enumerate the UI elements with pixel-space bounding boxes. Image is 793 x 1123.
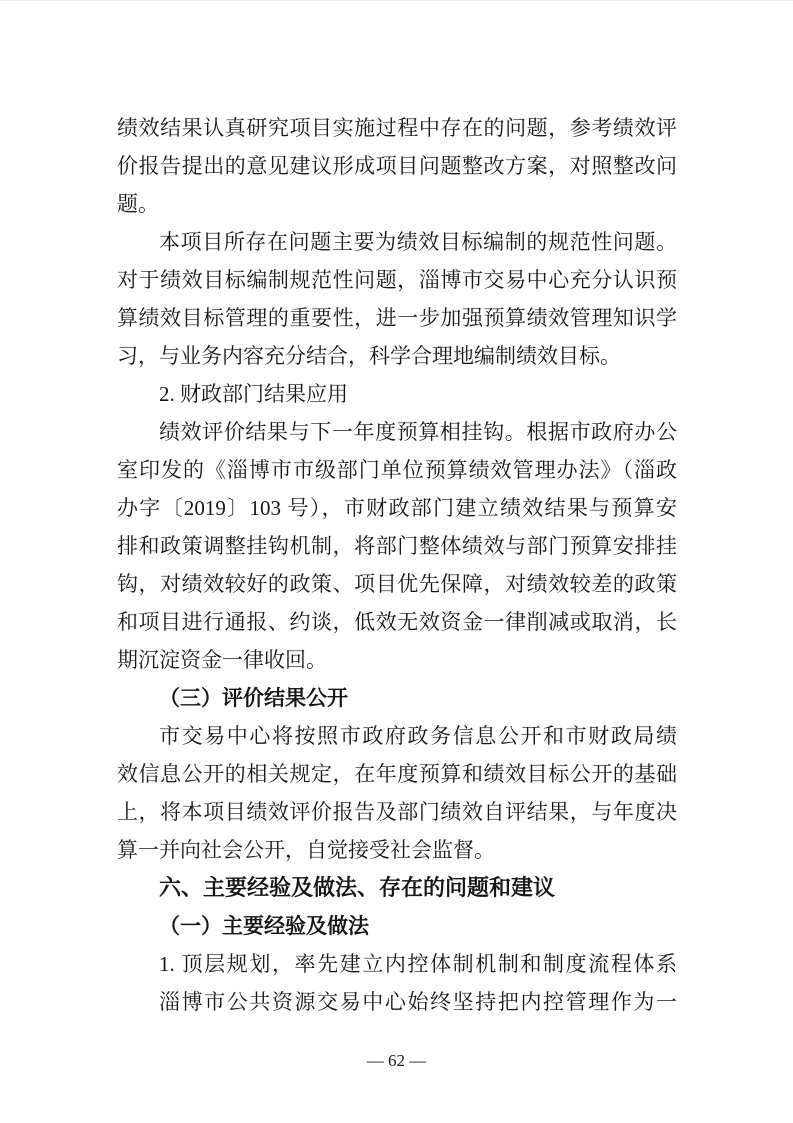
paragraph-target-normativity: 本项目所存在问题主要为绩效目标编制的规范性问题。 对于绩效目标编制规范性问题，淄… bbox=[117, 223, 677, 375]
chapter-heading: 六、主要经验及做法、存在的问题和建议 bbox=[117, 869, 677, 907]
paragraph-finance-result-application: 绩效评价结果与下一年度预算相挂钩。根据市政府办公 室印发的《淄博市市级部门单位预… bbox=[117, 413, 677, 679]
heading-6-experience-problems-suggestions: 六、主要经验及做法、存在的问题和建议 bbox=[117, 869, 677, 907]
section-heading: （一）主要经验及做法 bbox=[117, 907, 677, 945]
numbered-heading: 2. 财政部门结果应用 bbox=[117, 375, 677, 413]
text-line: 绩效评价结果与下一年度预算相挂钩。根据市政府办公 bbox=[117, 413, 677, 451]
heading-6-1-main-experience: （一）主要经验及做法 bbox=[117, 907, 677, 945]
text-line: 本项目所存在问题主要为绩效目标编制的规范性问题。 bbox=[117, 223, 677, 261]
numbered-heading: 1. 顶层规划，率先建立内控体制机制和制度流程体系 bbox=[117, 945, 677, 983]
text-line: 算绩效目标管理的重要性，进一步加强预算绩效管理知识学 bbox=[117, 299, 677, 337]
paragraph-result-disclosure: 市交易中心将按照市政府政务信息公开和市财政局绩 效信息公开的相关规定，在年度预算… bbox=[117, 717, 677, 869]
text-line: 算一并向社会公开，自觉接受社会监督。 bbox=[117, 831, 677, 869]
text-line: 和项目进行通报、约谈，低效无效资金一律削减或取消，长 bbox=[117, 603, 677, 641]
document-page: { "document": { "paragraphs": [ { "name"… bbox=[0, 0, 793, 1123]
text-line: 淄博市公共资源交易中心始终坚持把内控管理作为一 bbox=[117, 983, 677, 1021]
text-line: 办字〔2019〕103 号），市财政部门建立绩效结果与预算安 bbox=[117, 489, 677, 527]
text-line: 室印发的《淄博市市级部门单位预算绩效管理办法》（淄政 bbox=[117, 451, 677, 489]
heading-3-result-disclosure: （三）评价结果公开 bbox=[117, 679, 677, 717]
text-line: 价报告提出的意见建议形成项目问题整改方案，对照整改问 bbox=[117, 147, 677, 185]
heading-item-1-top-level-planning: 1. 顶层规划，率先建立内控体制机制和制度流程体系 bbox=[117, 945, 677, 983]
text-line: 期沉淀资金一律收回。 bbox=[117, 641, 677, 679]
text-line: 排和政策调整挂钩机制，将部门整体绩效与部门预算安排挂 bbox=[117, 527, 677, 565]
text-line: 市交易中心将按照市政府政务信息公开和市财政局绩 bbox=[117, 717, 677, 755]
text-line: 上，将本项目绩效评价报告及部门绩效自评结果，与年度决 bbox=[117, 793, 677, 831]
text-line: 习，与业务内容充分结合，科学合理地编制绩效目标。 bbox=[117, 337, 677, 375]
paragraph-center-internal-control: 淄博市公共资源交易中心始终坚持把内控管理作为一 bbox=[117, 983, 677, 1021]
heading-2-finance-result-application: 2. 财政部门结果应用 bbox=[117, 375, 677, 413]
text-line: 效信息公开的相关规定，在年度预算和绩效目标公开的基础 bbox=[117, 755, 677, 793]
section-heading: （三）评价结果公开 bbox=[117, 679, 677, 717]
text-line: 绩效结果认真研究项目实施过程中存在的问题，参考绩效评 bbox=[117, 109, 677, 147]
page-number: — 62 — bbox=[0, 1045, 793, 1077]
page-content: 绩效结果认真研究项目实施过程中存在的问题，参考绩效评 价报告提出的意见建议形成项… bbox=[117, 109, 677, 1021]
text-line: 题。 bbox=[117, 185, 677, 223]
paragraph-rectification-carryover: 绩效结果认真研究项目实施过程中存在的问题，参考绩效评 价报告提出的意见建议形成项… bbox=[117, 109, 677, 223]
text-line: 对于绩效目标编制规范性问题，淄博市交易中心充分认识预 bbox=[117, 261, 677, 299]
text-line: 钩，对绩效较好的政策、项目优先保障，对绩效较差的政策 bbox=[117, 565, 677, 603]
